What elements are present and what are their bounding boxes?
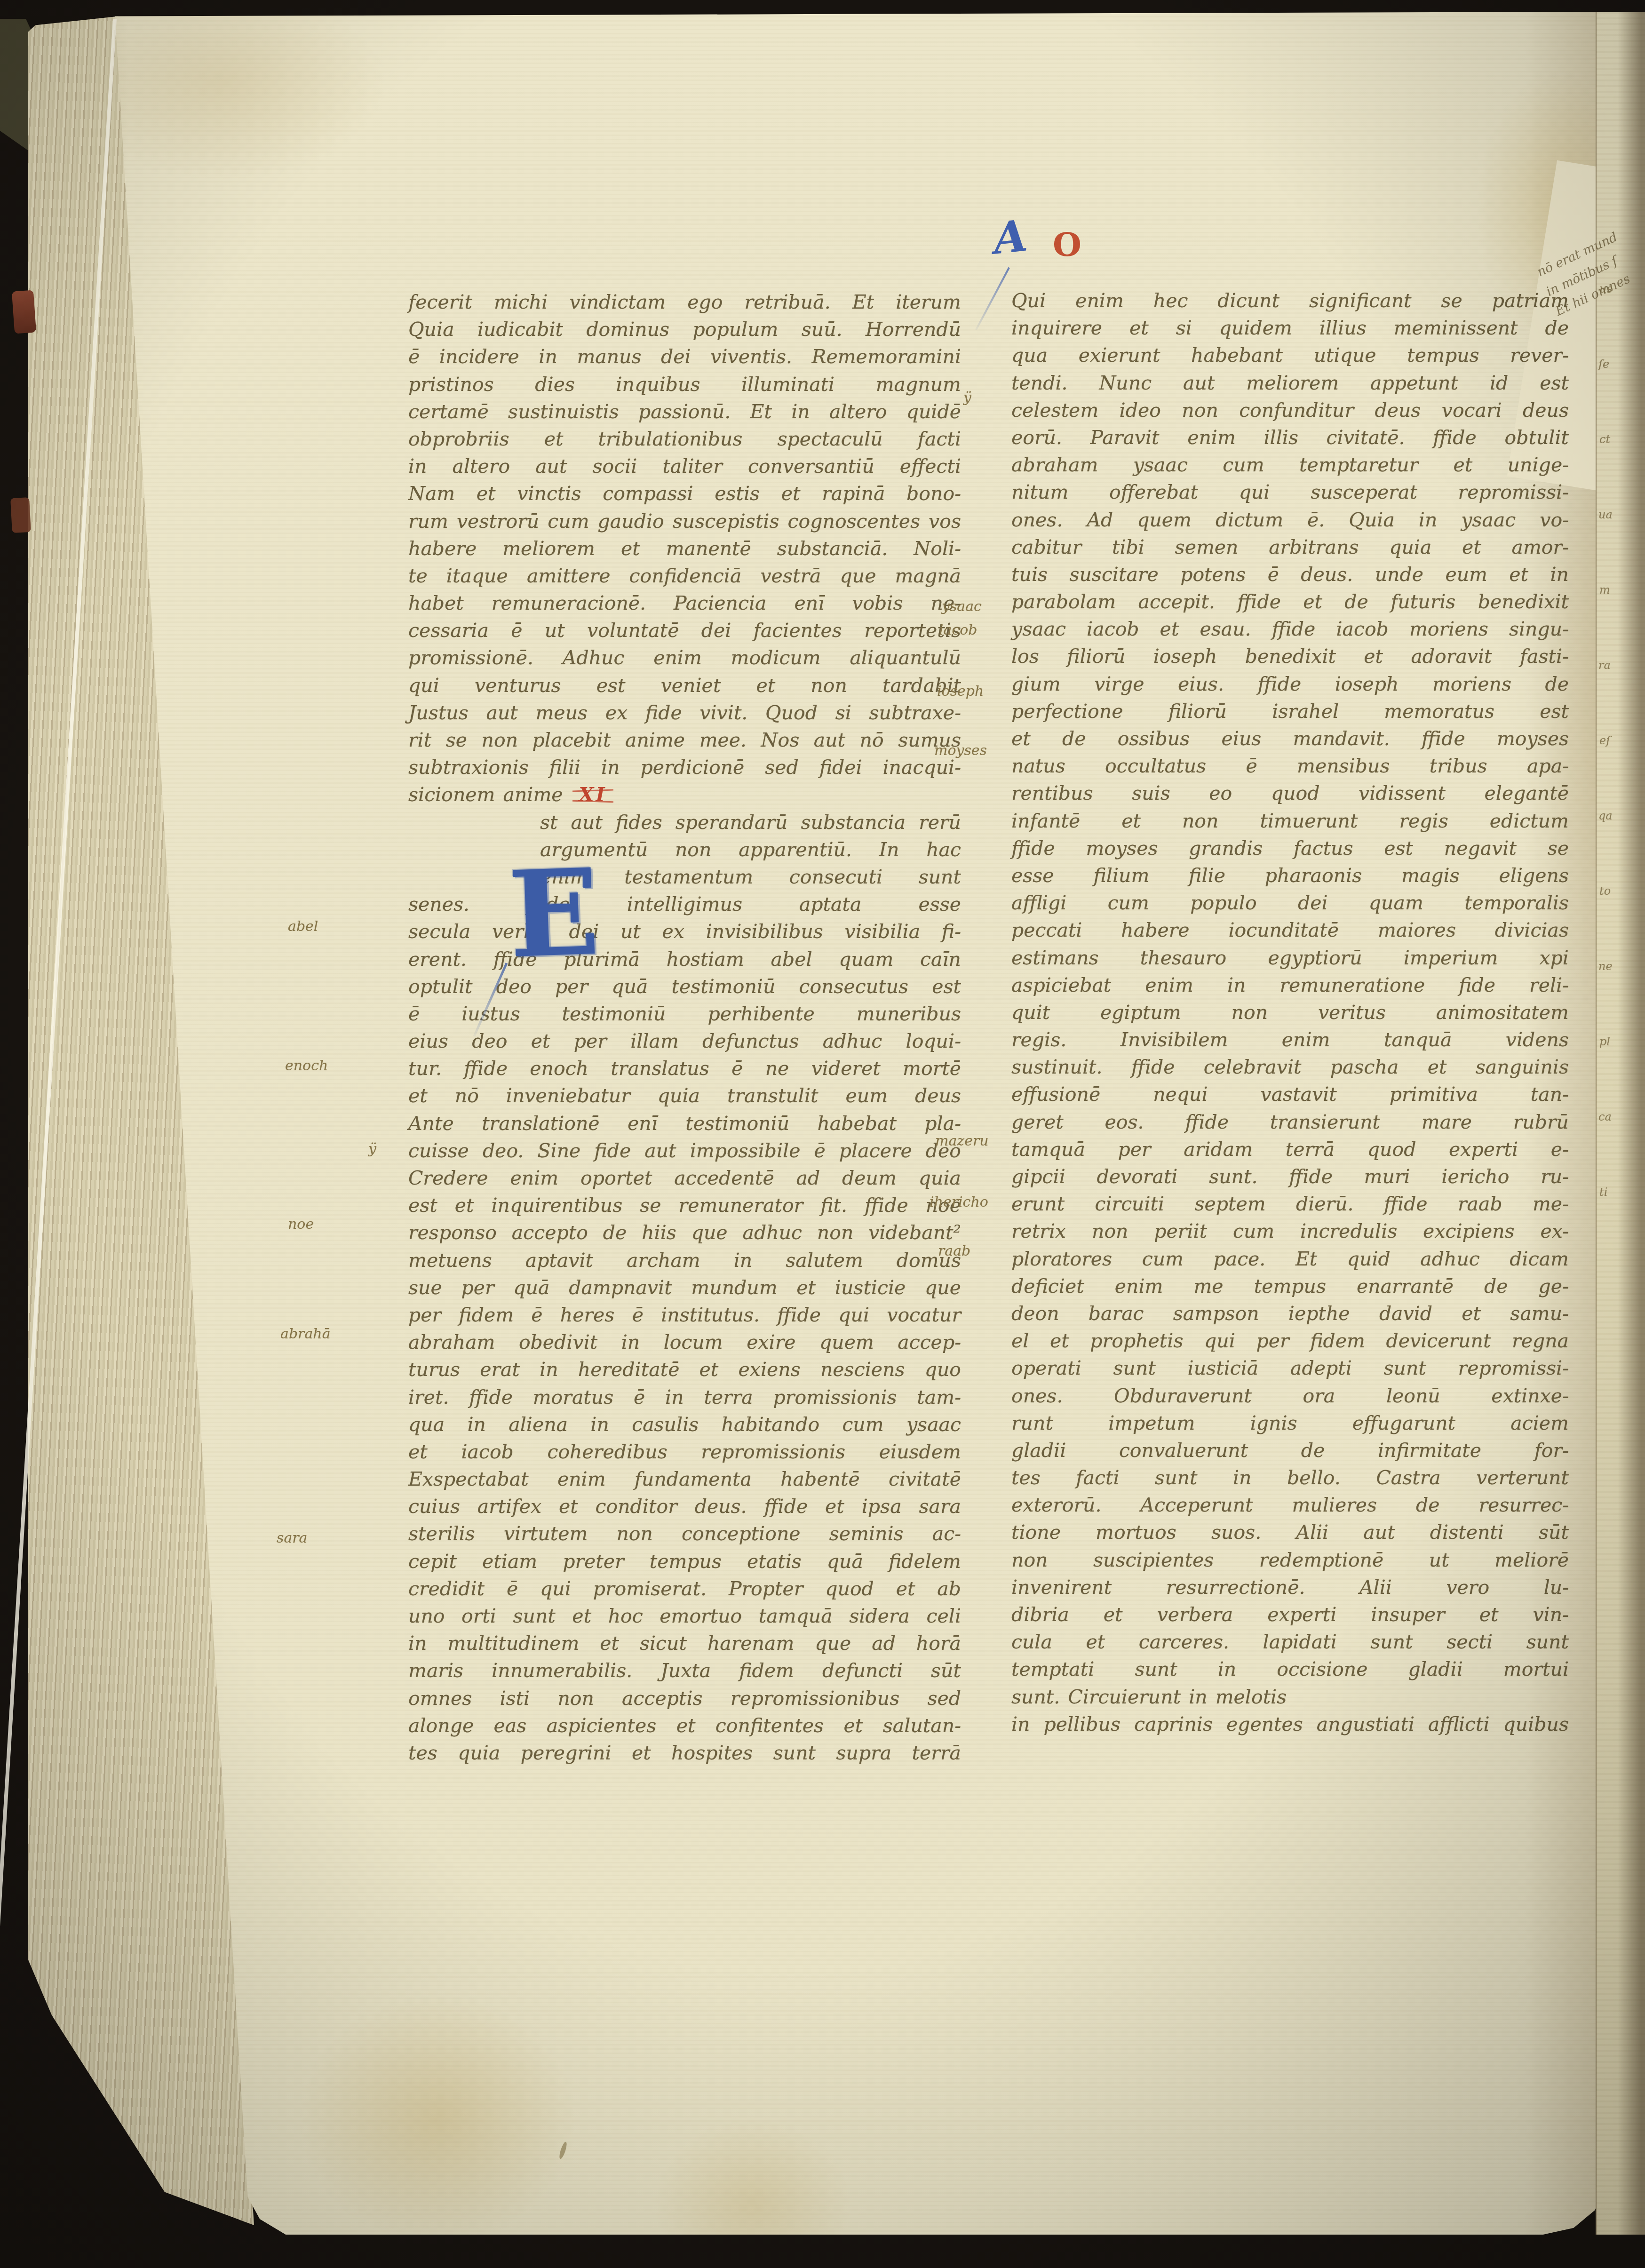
text-column-right: Qui enim hec dicunt significant se patri… [1011,289,1569,1740]
text-line: deficiet enim me tempus enarrantē de ge- [1011,1275,1569,1302]
margin-label: ysaac [942,598,982,615]
text-line: te itaque amittere confidenciā vestrā qu… [408,565,961,592]
text-line: sue per quā dampnavit mundum et iusticie… [408,1276,961,1304]
text-line: abraham ysaac cum temptaretur et unige- [1011,454,1569,481]
text-line: subtraxionis filii in perdicionē sed fid… [408,756,961,783]
text-line: Exspectabat enim fundamenta habentē civi… [408,1468,961,1495]
text-line: eorū. Paravit enim illis civitatē. ffide… [1011,426,1569,454]
text-line: erent. ffide plurimā hostiam abel quam c… [408,948,961,975]
text-line: st aut fides sperandarū substancia rerū [408,811,961,838]
text-line: rit se non placebit anime mee. Nos aut n… [408,729,961,756]
margin-label: ÿ [368,1141,376,1157]
text-line: temptati sunt in occisione gladii mortui [1011,1658,1569,1685]
text-line: deon barac sampson iepthe david et samu- [1011,1302,1569,1329]
text-line: non suscipientes redemptionē ut meliorē [1011,1549,1569,1576]
margin-label: raab [938,1243,970,1259]
clasp-remnant [10,497,31,533]
manuscript-photo: { "palette": { "background": "#17130f", … [0,0,1645,2268]
margin-label: m [1599,583,1610,597]
text-line: omnes isti non acceptis repromissionibus… [408,1687,961,1714]
text-line: Nam et vinctis compassi estis et rapinā … [408,482,961,509]
text-line: los filiorū ioseph benedixit et adoravit… [1011,645,1569,672]
chapter-numeral: XI [563,783,607,806]
text-line: ē incidere in manus dei viventis. Rememo… [408,345,961,373]
text-line: ones. Obduraverunt ora leonū extinxe- [1011,1385,1569,1412]
text-line: est et inquirentibus se remunerator fit.… [408,1194,961,1221]
text-line: qui venturus est veniet et non tardabit [408,674,961,701]
text-line: sterilis virtutem non conceptione semini… [408,1522,961,1550]
text-line: cula et carceres. lapidati sunt secti su… [1011,1631,1569,1658]
margin-label: noe [288,1216,314,1233]
text-line: cepit etiam preter tempus etatis quā fid… [408,1550,961,1577]
margin-label: ra [1598,659,1611,672]
text-line: cuius artifex et conditor deus. ffide et… [408,1495,961,1522]
margin-label: pl [1599,1035,1610,1048]
margin-label: us [1599,282,1613,295]
text-line: celestem ideo non confunditur deus vocar… [1011,399,1569,426]
text-line: tur. ffide enoch translatus ē ne videret… [408,1057,961,1084]
running-header-letter-blue: A [991,210,1030,264]
margin-label: ioseph [937,683,984,700]
margin-label: mazeru [935,1133,989,1149]
text-line: tes facti sunt in bello. Castra verterun… [1011,1466,1569,1494]
text-line: Ante translationē enī testimoniū habebat… [408,1112,961,1139]
text-line: gladii convaluerunt de infirmitate for- [1011,1439,1569,1466]
text-line: Qui enim hec dicunt significant se patri… [1011,289,1569,317]
text-line: exterorū. Acceperunt mulieres de resurre… [1011,1494,1569,1521]
margin-label: qa [1598,809,1613,822]
margin-label: ca [1598,1110,1612,1123]
text-line: ones. Ad quem dictum ē. Quia in ysaac vo… [1011,509,1569,536]
text-line: maris innumerabilis. Juxta fidem defunct… [408,1659,961,1687]
text-column-left: fecerit michi vindictam ego retribuā. Et… [408,291,961,1769]
text-line: infantē et non timuerunt regis edictum [1011,810,1569,837]
text-line: qua in aliena in casulis habitando cum y… [408,1413,961,1440]
text-line: uno orti sunt et hoc emortuo tamquā side… [408,1605,961,1632]
margin-label: ua [1598,508,1613,521]
text-line: gipcii devorati sunt. ffide muri iericho… [1011,1165,1569,1193]
text-line: habere meliorem et manentē substanciā. N… [408,537,961,565]
text-line: quit egiptum non veritus animositatem [1011,1001,1569,1028]
margin-label: ÿ [963,390,971,406]
text-line: metuens aptavit archam in salutem domus [408,1249,961,1276]
text-line: argumentū non apparentiū. In hac [408,838,961,866]
text-line: et iacob coheredibus repromissionis eius… [408,1440,961,1468]
text-line: el et prophetis qui per fidem devicerunt… [1011,1329,1569,1357]
text-line: esse filium filie pharaonis magis eligen… [1011,864,1569,891]
text-line: tuis suscitare potens ē deus. unde eum e… [1011,563,1569,590]
text-line: tes quia peregrini et hospites sunt supr… [408,1742,961,1769]
text-line: sustinuit. ffide celebravit pascha et sa… [1011,1056,1569,1083]
margin-label: ti [1599,1186,1607,1199]
text-line: habet remuneracionē. Paciencia enī vobis… [408,592,961,619]
text-line: geret eos. ffide transierunt mare rubrū [1011,1111,1569,1138]
text-line: peccati habere iocunditatē maiores divic… [1011,919,1569,946]
text-line: estimans thesauro egyptiorū imperium xpi [1011,947,1569,974]
text-line: erunt circuiti septem dierū. ffide raab … [1011,1193,1569,1220]
text-line: parabolam accepit. ffide et de futuris b… [1011,590,1569,618]
margin-label: ne [1598,960,1613,973]
text-line: in pellibus caprinis egentes angustiati … [1011,1713,1569,1740]
text-line: enim testamentum consecuti sunt [408,866,961,893]
text-line: Quia iudicabit dominus populum suū. Horr… [408,318,961,345]
text-line: iret. ffide moratus ē in terra promissio… [408,1386,961,1413]
text-line: invenirent resurrectionē. Alii vero lu- [1011,1576,1569,1603]
text-line: regis. Invisibilem enim tanquā videns [1011,1028,1569,1056]
text-line: ploratores cum pace. Et quid adhuc dicam [1011,1248,1569,1275]
text-line: ysaac iacob et esau. ffide iacob moriens… [1011,618,1569,645]
text-line: tamquā per aridam terrā quod experti e- [1011,1138,1569,1165]
text-line: certamē sustinuistis passionū. Et in alt… [408,400,961,428]
text-line: affligi cum populo dei quam temporalis [1011,891,1569,919]
illuminated-initial: E [507,856,601,972]
text-line: responso accepto de hiis que adhuc non v… [408,1221,961,1249]
text-line: aspiciebat enim in remuneratione fide re… [1011,974,1569,1001]
text-line: per fidem ē heres ē institutus. ffide qu… [408,1304,961,1331]
text-line: ē iustus testimoniū perhibente muneribus [408,1003,961,1030]
margin-label: enoch [285,1058,328,1074]
text-line: Justus aut meus ex fide vivit. Quod si s… [408,701,961,729]
text-line: inquirere et si quidem illius meminissen… [1011,317,1569,344]
margin-label: to [1599,884,1611,898]
text-line: retrix non periit cum incredulis excipie… [1011,1220,1569,1247]
text-line: et nō inveniebatur quia transtulit eum d… [408,1084,961,1112]
text-line: operati sunt iusticiā adepti sunt reprom… [1011,1357,1569,1384]
text-line: in multitudinem et sicut harenam que ad … [408,1632,961,1659]
text-line: runt impetum ignis effugarunt aciem [1011,1412,1569,1439]
margin-label: ihericho [930,1194,988,1210]
text-line: effusionē nequi vastavit primitiva tan- [1011,1083,1569,1110]
margin-label: ct [1599,433,1610,446]
text-line: turus erat in hereditatē et exiens nesci… [408,1358,961,1385]
text-line: eius deo et per illam defunctus adhuc lo… [408,1030,961,1057]
text-line: secula verbo dei ut ex invisibilibus vis… [408,920,961,947]
text-line: et de ossibus eius mandavit. ffide moyse… [1011,727,1569,755]
margin-label: moyses [934,742,987,759]
margin-label: eſ [1599,734,1610,747]
text-line: senes. ffide intelligimus aptata esse [408,893,961,920]
text-line: rentibus suis eo quod vidissent elegantē [1011,782,1569,809]
margin-label: abel [288,918,318,935]
margin-label: sara [277,1530,308,1546]
text-line: rum vestrorū cum gaudio suscepistis cogn… [408,510,961,537]
text-line: alonge eas aspicientes et confitentes et… [408,1714,961,1742]
text-line: promissionē. Adhuc enim modicum aliquant… [408,646,961,674]
text-line: fecerit michi vindictam ego retribuā. Et… [408,291,961,318]
text-line: dibria et verbera experti insuper et vin… [1011,1603,1569,1631]
text-line: credidit ē qui promiserat. Propter quod … [408,1577,961,1605]
text-line: tione mortuos suos. Alii aut distenti sū… [1011,1521,1569,1548]
text-line: obprobriis et tribulationibus spectaculū… [408,428,961,455]
text-line: sicionem animeXI [408,783,961,811]
text-line: qua exierunt habebant utique tempus reve… [1011,344,1569,371]
text-line: perfectione filiorū israhel memoratus es… [1011,700,1569,727]
text-line: sunt. Circuierunt in melotis [1011,1686,1569,1713]
text-line: cuisse deo. Sine fide aut impossibile ē … [408,1139,961,1167]
text-line: nitum offerebat qui susceperat repromiss… [1011,481,1569,508]
running-header-letter-red: O [1053,225,1081,264]
text-line: natus occultatus ē mensibus tribus apa- [1011,755,1569,782]
text-line: pristinos dies inquibus illuminati magnu… [408,373,961,400]
text-line: ffide moyses grandis factus est negavit … [1011,837,1569,864]
text-line: Credere enim oportet accedentē ad deum q… [408,1167,961,1194]
text-line: cabitur tibi semen arbitrans quia et amo… [1011,536,1569,563]
text-line: in altero aut socii taliter conversantiū… [408,455,961,482]
text-line: gium virge eius. ffide ioseph moriens de [1011,673,1569,700]
text-line: abraham obedivit in locum exire quem acc… [408,1331,961,1358]
text-line: tendi. Nunc aut meliorem appetunt id est [1011,372,1569,399]
margin-label: ſe [1598,358,1609,371]
margin-label: iacob [939,622,977,638]
clasp-remnant [12,290,36,334]
margin-label: abrahā [280,1326,331,1342]
text-line: cessaria ē ut voluntatē dei facientes re… [408,619,961,646]
